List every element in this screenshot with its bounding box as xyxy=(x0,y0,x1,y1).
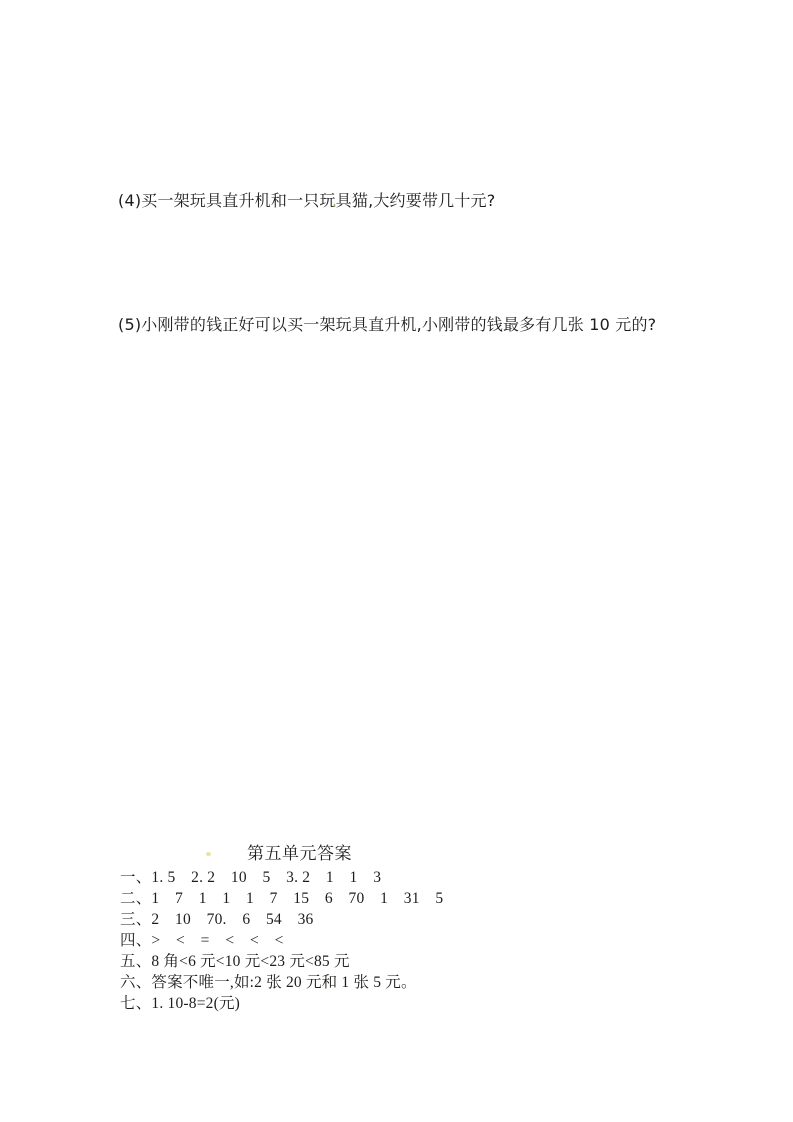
question-4: (4)买一架玩具直升机和一只玩具猫,大约要带几十元? xyxy=(118,190,495,212)
scan-artifact-dot xyxy=(206,852,211,856)
answer-line-5: 五、8 角<6 元<10 元<23 元<85 元 xyxy=(120,951,443,972)
question-5: (5)小刚带的钱正好可以买一架玩具直升机,小刚带的钱最多有几张 10 元的? xyxy=(118,314,656,336)
scan-artifact-dot xyxy=(333,204,336,207)
answer-line-2: 二、1 7 1 1 1 7 15 6 70 1 31 5 xyxy=(120,888,443,909)
answer-line-3: 三、2 10 70. 6 54 36 xyxy=(120,909,443,930)
answer-line-6: 六、答案不唯一,如:2 张 20 元和 1 张 5 元。 xyxy=(120,972,443,993)
answer-line-7: 七、1. 10-8=2(元) xyxy=(120,993,443,1014)
answer-line-4: 四、> < = < < < xyxy=(120,930,443,951)
answer-line-1: 一、1. 5 2. 2 10 5 3. 2 1 1 3 xyxy=(120,867,443,888)
answer-key-block: 一、1. 5 2. 2 10 5 3. 2 1 1 3 二、1 7 1 1 1 … xyxy=(120,867,443,1014)
worksheet-page: (4)买一架玩具直升机和一只玩具猫,大约要带几十元? (5)小刚带的钱正好可以买… xyxy=(0,0,793,1122)
answer-key-title: 第五单元答案 xyxy=(247,844,352,864)
